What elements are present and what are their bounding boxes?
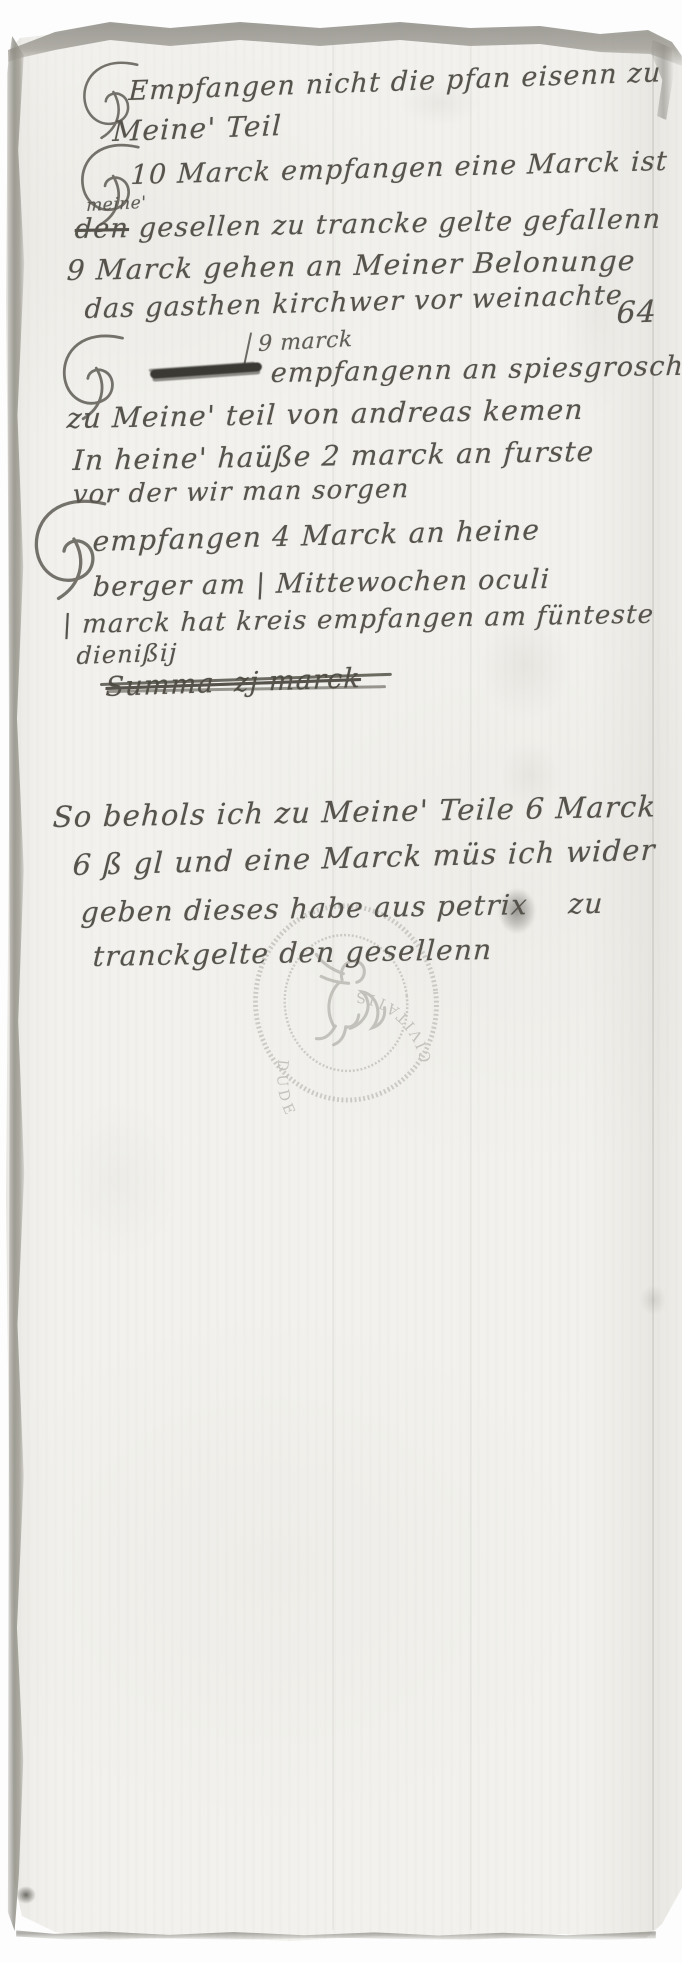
stain xyxy=(640,1285,666,1315)
stain xyxy=(60,1100,180,1260)
crossed-out-word: den xyxy=(74,213,130,245)
crease-line xyxy=(470,40,472,1930)
interlinear-insertion: 9 marck xyxy=(258,327,353,357)
ink-blot xyxy=(498,888,536,934)
manuscript-line: vor der wir man sorgen xyxy=(72,474,410,510)
amount-figure: 64 xyxy=(616,295,658,331)
manuscript-scan: DUDERSTADIENSIS CIVITATIS xyxy=(0,0,682,1963)
manuscript-line: Meine' Teil xyxy=(112,109,283,148)
edge-blemish xyxy=(16,1886,36,1904)
manuscript-line: dienißij xyxy=(76,638,178,670)
manuscript-line: tranckgelte den gesellenn xyxy=(92,933,493,973)
